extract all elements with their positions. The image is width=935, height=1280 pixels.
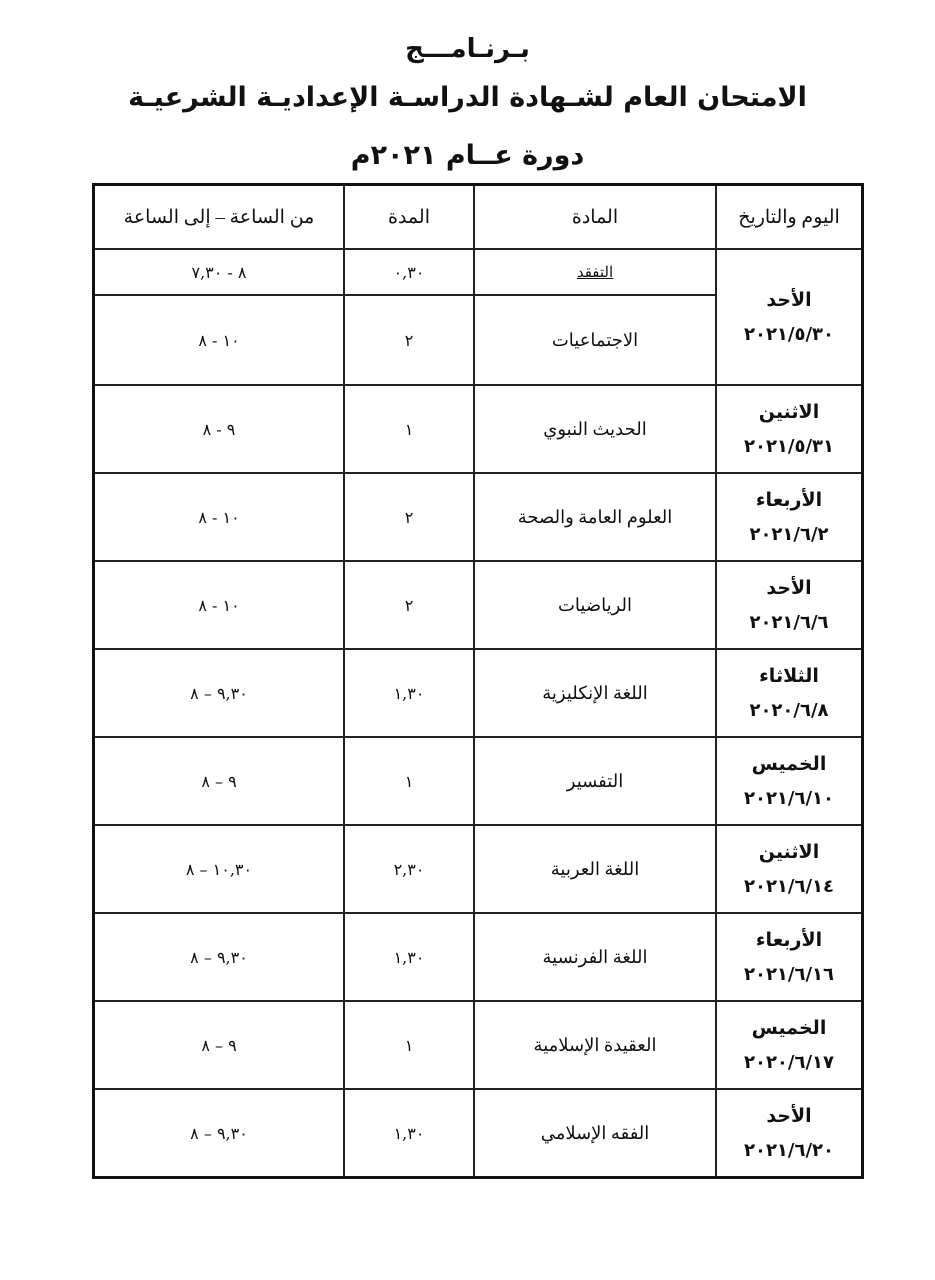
duration-cell: ١,٣٠ [344, 1089, 474, 1178]
duration-cell: ٢ [344, 473, 474, 561]
day-date-cell: الأربعاء ٢٠٢١/٦/١٦ [716, 913, 863, 1001]
subject-cell: التفسير [474, 737, 716, 825]
time-cell: ٩ – ٨ [94, 1001, 345, 1089]
day-name: الخميس [717, 1010, 861, 1046]
duration-cell: ٢ [344, 295, 474, 385]
session-year: دورة عــام ٢٠٢١م [0, 140, 935, 171]
duration-cell: ١ [344, 737, 474, 825]
exam-schedule-table: اليوم والتاريخ المادة المدة من الساعة – … [92, 183, 864, 1179]
day-date-cell: الثلاثاء ٢٠٢٠/٦/٨ [716, 649, 863, 737]
subject-cell: اللغة العربية [474, 825, 716, 913]
table-row: الخميس ٢٠٢١/٦/١٠ التفسير ١ ٩ – ٨ [94, 737, 863, 825]
day-date-cell: الخميس ٢٠٢١/٦/١٠ [716, 737, 863, 825]
table-row: الثلاثاء ٢٠٢٠/٦/٨ اللغة الإنكليزية ١,٣٠ … [94, 649, 863, 737]
time-cell: ٨ - ٧,٣٠ [94, 249, 345, 295]
duration-cell: ١,٣٠ [344, 913, 474, 1001]
table-row: الأربعاء ٢٠٢١/٦/١٦ اللغة الفرنسية ١,٣٠ ٩… [94, 913, 863, 1001]
exam-date: ٢٠٢١/٥/٣١ [717, 430, 861, 464]
time-cell: ٩,٣٠ – ٨ [94, 649, 345, 737]
column-header-day-date: اليوم والتاريخ [716, 185, 863, 250]
day-name: الأحد [717, 1098, 861, 1134]
subject-cell: اللغة الإنكليزية [474, 649, 716, 737]
time-cell: ٩,٣٠ – ٨ [94, 913, 345, 1001]
day-name: الخميس [717, 746, 861, 782]
day-name: الاثنين [717, 834, 861, 870]
exam-date: ٢٠٢١/٦/١٠ [717, 782, 861, 816]
exam-date: ٢٠٢١/٥/٣٠ [717, 318, 861, 352]
time-cell: ٩ - ٨ [94, 385, 345, 473]
day-name: الأربعاء [717, 482, 861, 518]
subject-cell: العقيدة الإسلامية [474, 1001, 716, 1089]
subject-cell: التفقد [474, 249, 716, 295]
day-name: الأحد [717, 570, 861, 606]
time-cell: ١٠ - ٨ [94, 561, 345, 649]
day-date-cell: الأحد ٢٠٢١/٦/٢٠ [716, 1089, 863, 1178]
column-header-duration: المدة [344, 185, 474, 250]
exam-date: ٢٠٢١/٦/٢ [717, 518, 861, 552]
day-date-cell: الاثنين ٢٠٢١/٥/٣١ [716, 385, 863, 473]
duration-cell: ٢,٣٠ [344, 825, 474, 913]
subject-cell: العلوم العامة والصحة [474, 473, 716, 561]
table-row: الأحد ٢٠٢١/٦/٦ الرياضيات ٢ ١٠ - ٨ [94, 561, 863, 649]
day-date-cell: الأحد ٢٠٢١/٦/٦ [716, 561, 863, 649]
table-row: الأحد ٢٠٢١/٦/٢٠ الفقه الإسلامي ١,٣٠ ٩,٣٠… [94, 1089, 863, 1178]
duration-cell: ١ [344, 1001, 474, 1089]
day-date-cell: الأحد ٢٠٢١/٥/٣٠ [716, 249, 863, 385]
duration-cell: ٠,٣٠ [344, 249, 474, 295]
day-date-cell: الخميس ٢٠٢٠/٦/١٧ [716, 1001, 863, 1089]
exam-date: ٢٠٢٠/٦/٨ [717, 694, 861, 728]
table-header-row: اليوم والتاريخ المادة المدة من الساعة – … [94, 185, 863, 250]
document-heading: بـرنـامـــج [0, 34, 935, 64]
time-cell: ١٠ - ٨ [94, 295, 345, 385]
table-row: الخميس ٢٠٢٠/٦/١٧ العقيدة الإسلامية ١ ٩ –… [94, 1001, 863, 1089]
day-date-cell: الاثنين ٢٠٢١/٦/١٤ [716, 825, 863, 913]
subject-cell: الحديث النبوي [474, 385, 716, 473]
exam-title: الامتحان العام لشـهادة الدراسـة الإعدادي… [0, 82, 935, 113]
time-cell: ١٠ - ٨ [94, 473, 345, 561]
table-row: الأربعاء ٢٠٢١/٦/٢ العلوم العامة والصحة ٢… [94, 473, 863, 561]
table-row: الاثنين ٢٠٢١/٦/١٤ اللغة العربية ٢,٣٠ ١٠,… [94, 825, 863, 913]
subject-cell: الرياضيات [474, 561, 716, 649]
time-cell: ١٠,٣٠ – ٨ [94, 825, 345, 913]
exam-date: ٢٠٢١/٦/٢٠ [717, 1134, 861, 1168]
day-name: الأربعاء [717, 922, 861, 958]
exam-date: ٢٠٢٠/٦/١٧ [717, 1046, 861, 1080]
duration-cell: ١ [344, 385, 474, 473]
day-name: الأحد [717, 282, 861, 318]
subject-cell: اللغة الفرنسية [474, 913, 716, 1001]
exam-date: ٢٠٢١/٦/١٤ [717, 870, 861, 904]
time-cell: ٩,٣٠ – ٨ [94, 1089, 345, 1178]
duration-cell: ١,٣٠ [344, 649, 474, 737]
subject-cell: الاجتماعيات [474, 295, 716, 385]
column-header-subject: المادة [474, 185, 716, 250]
day-name: الاثنين [717, 394, 861, 430]
day-name: الثلاثاء [717, 658, 861, 694]
exam-date: ٢٠٢١/٦/٦ [717, 606, 861, 640]
subject-cell: الفقه الإسلامي [474, 1089, 716, 1178]
table-row: الاثنين ٢٠٢١/٥/٣١ الحديث النبوي ١ ٩ - ٨ [94, 385, 863, 473]
column-header-time: من الساعة – إلى الساعة [94, 185, 345, 250]
duration-cell: ٢ [344, 561, 474, 649]
day-date-cell: الأربعاء ٢٠٢١/٦/٢ [716, 473, 863, 561]
exam-date: ٢٠٢١/٦/١٦ [717, 958, 861, 992]
time-cell: ٩ – ٨ [94, 737, 345, 825]
table-row: الأحد ٢٠٢١/٥/٣٠ التفقد ٠,٣٠ ٨ - ٧,٣٠ [94, 249, 863, 295]
